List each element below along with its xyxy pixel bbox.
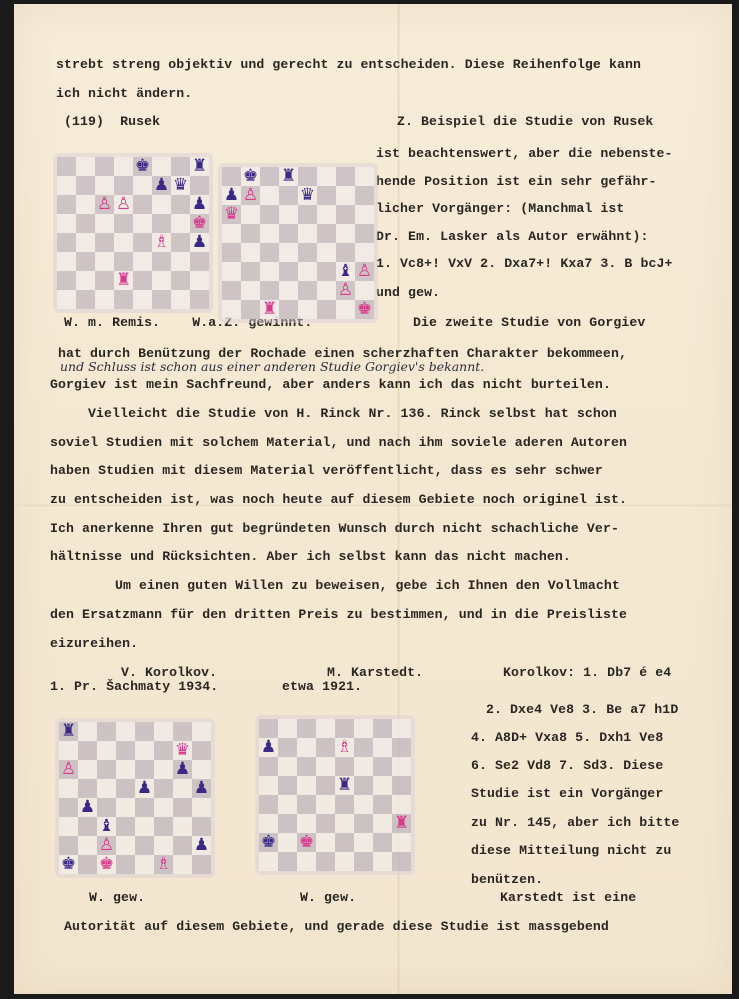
board-square: [190, 252, 209, 271]
board-square: ♙: [336, 281, 355, 300]
text-line: (119) Rusek: [64, 114, 160, 129]
board-square: [171, 157, 190, 176]
text-line: Autorität auf diesem Gebiete, und gerade…: [64, 919, 609, 934]
board-square: [171, 252, 190, 271]
text-line: M. Karstedt.: [327, 665, 423, 680]
board-square: [260, 167, 279, 186]
board-square: [298, 281, 317, 300]
board-square: [260, 224, 279, 243]
board-square: [373, 738, 392, 757]
text-line: soviel Studien mit solchem Material, und…: [50, 435, 627, 450]
board-square: [335, 719, 354, 738]
board-square: [76, 157, 95, 176]
board-square: [316, 795, 335, 814]
board-square: [97, 798, 116, 817]
board-square: [373, 795, 392, 814]
board-square: [76, 271, 95, 290]
board-square: [154, 741, 173, 760]
board-square: [297, 738, 316, 757]
board-square: [78, 855, 97, 874]
board-square: [57, 195, 76, 214]
board-square: [222, 281, 241, 300]
board-square: ♟: [259, 738, 278, 757]
board-square: [76, 195, 95, 214]
text-line: eizureihen.: [50, 636, 138, 651]
text-line: hende Position ist ein sehr gefähr-: [376, 174, 656, 189]
board-square: [135, 760, 154, 779]
black-piece-icon: ♝: [97, 817, 116, 836]
board-square: [298, 300, 317, 319]
board-square: [316, 833, 335, 852]
handwritten-line: und Schluss ist schon aus einer anderen …: [60, 359, 484, 374]
text-line: benützen.: [471, 872, 543, 887]
board-square: ♜: [59, 722, 78, 741]
black-piece-icon: ♟: [190, 233, 209, 252]
board-square: [335, 833, 354, 852]
rusek-diagram-1: ♚♜♟♛♙♙♟♚♗♟♜: [53, 153, 213, 313]
board-square: [173, 722, 192, 741]
text-line: hältnisse und Rücksichten. Aber ich selb…: [50, 549, 571, 564]
board-square: [260, 262, 279, 281]
board-square: ♚: [133, 157, 152, 176]
board-square: [260, 243, 279, 262]
board-square: [392, 738, 411, 757]
board-square: [278, 814, 297, 833]
board-square: [297, 795, 316, 814]
board-square: [192, 817, 211, 836]
board-square: [76, 290, 95, 309]
board-square: [114, 214, 133, 233]
text-line: ich nicht ändern.: [56, 86, 192, 101]
board-square: [316, 738, 335, 757]
board-square: [59, 817, 78, 836]
text-line: zu entscheiden ist, was noch heute auf d…: [50, 492, 627, 507]
text-line: strebt streng objektiv und gerecht zu en…: [56, 57, 641, 72]
board-square: [392, 795, 411, 814]
board-square: [78, 741, 97, 760]
board-square: [154, 798, 173, 817]
text-line: licher Vorgänger: (Manchmal ist: [376, 201, 624, 216]
white-piece-icon: ♛: [222, 205, 241, 224]
board-square: [116, 722, 135, 741]
board-square: [279, 224, 298, 243]
board-square: [392, 776, 411, 795]
board-square: [135, 836, 154, 855]
text-line: Z. Beispiel die Studie von Rusek: [397, 114, 653, 129]
black-piece-icon: ♟: [78, 798, 97, 817]
board-square: [76, 214, 95, 233]
board-square: ♚: [259, 833, 278, 852]
board-square: [260, 186, 279, 205]
board-square: [317, 300, 336, 319]
board-square: [317, 243, 336, 262]
board-square: [95, 157, 114, 176]
board-square: [279, 186, 298, 205]
board-square: [317, 205, 336, 224]
board-square: [392, 757, 411, 776]
white-piece-icon: ♙: [114, 195, 133, 214]
board-square: [135, 798, 154, 817]
board-square: [373, 776, 392, 795]
board-square: [241, 243, 260, 262]
board-square: [190, 290, 209, 309]
text-line: haben Studien mit diesem Material veröff…: [50, 463, 603, 478]
board-square: [173, 779, 192, 798]
board-square: [278, 738, 297, 757]
board-square: [241, 205, 260, 224]
board-square: ♟: [190, 195, 209, 214]
board-square: [95, 271, 114, 290]
board-square: [97, 722, 116, 741]
board-square: [152, 195, 171, 214]
board-square: [222, 300, 241, 319]
white-piece-icon: ♚: [190, 214, 209, 233]
board-square: [57, 214, 76, 233]
board-square: [392, 719, 411, 738]
board-square: [336, 205, 355, 224]
black-piece-icon: ♟: [192, 836, 211, 855]
board-square: [278, 719, 297, 738]
board-square: [116, 779, 135, 798]
board-square: [173, 836, 192, 855]
board-square: ♜: [335, 776, 354, 795]
text-line: Gorgiev ist mein Sachfreund, aber anders…: [50, 377, 611, 392]
board-square: [78, 817, 97, 836]
board-square: [116, 741, 135, 760]
rusek-diagram-2: ♚♜♟♙♛♛♝♙♙♜♚: [218, 163, 378, 323]
board-square: [57, 290, 76, 309]
board-square: [298, 205, 317, 224]
board-square: [316, 757, 335, 776]
board-square: [336, 167, 355, 186]
white-piece-icon: ♙: [241, 186, 260, 205]
board-square: [152, 214, 171, 233]
board-square: [335, 757, 354, 776]
board-square: [259, 814, 278, 833]
board-square: ♚: [59, 855, 78, 874]
board-square: [298, 167, 317, 186]
board-square: [152, 157, 171, 176]
board-square: [354, 814, 373, 833]
board-square: [354, 795, 373, 814]
board-square: [95, 214, 114, 233]
board-square: [222, 167, 241, 186]
text-line: und gew.: [376, 285, 440, 300]
board-square: [173, 817, 192, 836]
text-line: V. Korolkov.: [121, 665, 217, 680]
white-piece-icon: ♜: [114, 271, 133, 290]
board-square: [59, 798, 78, 817]
board-square: [135, 817, 154, 836]
board-square: [316, 719, 335, 738]
board-square: [317, 186, 336, 205]
board-square: [135, 855, 154, 874]
board-square: [259, 795, 278, 814]
board-square: [260, 281, 279, 300]
board-square: [259, 757, 278, 776]
text-line: Studie ist ein Vorgänger: [471, 786, 663, 801]
white-piece-icon: ♚: [97, 855, 116, 874]
black-piece-icon: ♛: [171, 176, 190, 195]
black-piece-icon: ♚: [259, 833, 278, 852]
text-line: 1. Pr. Šachmaty 1934.: [50, 679, 218, 694]
board-square: [355, 186, 374, 205]
board-square: [114, 290, 133, 309]
board-square: [298, 243, 317, 262]
board-square: [171, 233, 190, 252]
white-piece-icon: ♗: [335, 738, 354, 757]
board-square: [133, 233, 152, 252]
board-square: [259, 719, 278, 738]
board-square: ♚: [97, 855, 116, 874]
board-square: [78, 722, 97, 741]
text-line: etwa 1921.: [282, 679, 362, 694]
board-square: [222, 224, 241, 243]
black-piece-icon: ♜: [335, 776, 354, 795]
board-square: [114, 252, 133, 271]
black-piece-icon: ♟: [222, 186, 241, 205]
board-square: [171, 195, 190, 214]
board-square: [152, 252, 171, 271]
board-square: [298, 224, 317, 243]
board-square: [335, 814, 354, 833]
text-line: diese Mitteilung nicht zu: [471, 843, 671, 858]
board-square: ♟: [173, 760, 192, 779]
board-square: [116, 760, 135, 779]
board-square: [316, 814, 335, 833]
board-square: ♗: [335, 738, 354, 757]
board-square: ♜: [190, 157, 209, 176]
board-square: [279, 243, 298, 262]
white-piece-icon: ♚: [355, 300, 374, 319]
board-square: [192, 722, 211, 741]
board-square: ♙: [241, 186, 260, 205]
board-square: [241, 300, 260, 319]
text-line: Karstedt ist eine: [500, 890, 636, 905]
white-piece-icon: ♙: [355, 262, 374, 281]
board-square: ♙: [95, 195, 114, 214]
board-square: [317, 262, 336, 281]
board-square: [59, 779, 78, 798]
white-piece-icon: ♜: [392, 814, 411, 833]
board-square: [173, 798, 192, 817]
board-square: [57, 271, 76, 290]
board-square: [154, 760, 173, 779]
board-square: [373, 719, 392, 738]
board-square: [76, 176, 95, 195]
board-square: [335, 795, 354, 814]
board-square: [152, 271, 171, 290]
board-square: ♙: [97, 836, 116, 855]
board-square: [133, 214, 152, 233]
black-piece-icon: ♚: [133, 157, 152, 176]
board-square: [133, 195, 152, 214]
board-square: [279, 205, 298, 224]
black-piece-icon: ♟: [173, 760, 192, 779]
black-piece-icon: ♚: [59, 855, 78, 874]
board-square: [297, 757, 316, 776]
board-square: [192, 798, 211, 817]
board-square: [354, 757, 373, 776]
board-square: [279, 300, 298, 319]
board-square: ♚: [297, 833, 316, 852]
board-square: [259, 852, 278, 871]
board-square: [260, 205, 279, 224]
board-square: [336, 224, 355, 243]
board-square: [95, 233, 114, 252]
black-piece-icon: ♟: [192, 779, 211, 798]
board-square: [336, 300, 355, 319]
board-square: [57, 176, 76, 195]
board-square: [57, 233, 76, 252]
text-line: 2. Dxe4 Ve8 3. Be a7 h1D: [486, 702, 678, 717]
board-square: [336, 243, 355, 262]
board-square: ♟: [192, 836, 211, 855]
korolkov-diagram: ♜♛♙♟♟♟♟♝♙♟♚♚♗: [55, 718, 215, 878]
black-piece-icon: ♝: [336, 262, 355, 281]
board-square: [335, 852, 354, 871]
board-square: [192, 741, 211, 760]
board-square: [373, 757, 392, 776]
board-square: [135, 722, 154, 741]
board-square: [297, 776, 316, 795]
board-square: [279, 262, 298, 281]
black-piece-icon: ♟: [259, 738, 278, 757]
board-square: [354, 738, 373, 757]
black-piece-icon: ♟: [135, 779, 154, 798]
board-square: [171, 271, 190, 290]
board-square: [278, 757, 297, 776]
white-piece-icon: ♜: [260, 300, 279, 319]
text-line: zu Nr. 145, aber ich bitte: [471, 815, 679, 830]
white-piece-icon: ♚: [297, 833, 316, 852]
board-square: [76, 252, 95, 271]
board-square: [354, 719, 373, 738]
board-square: [78, 836, 97, 855]
board-square: [336, 186, 355, 205]
board-square: [297, 719, 316, 738]
board-square: [116, 836, 135, 855]
board-square: [317, 224, 336, 243]
board-square: [114, 233, 133, 252]
board-square: [355, 205, 374, 224]
white-piece-icon: ♙: [59, 760, 78, 779]
board-square: ♟: [222, 186, 241, 205]
board-square: [57, 252, 76, 271]
text-line: W. gew.: [300, 890, 356, 905]
board-square: [373, 833, 392, 852]
board-square: ♟: [135, 779, 154, 798]
board-square: [317, 281, 336, 300]
white-piece-icon: ♗: [152, 233, 171, 252]
board-square: [278, 776, 297, 795]
board-square: [297, 852, 316, 871]
board-square: [133, 290, 152, 309]
board-square: [97, 779, 116, 798]
board-square: [133, 176, 152, 195]
letter-page: strebt streng objektiv und gerecht zu en…: [14, 4, 732, 994]
black-piece-icon: ♟: [152, 176, 171, 195]
board-square: [373, 814, 392, 833]
board-square: [354, 776, 373, 795]
board-square: ♙: [59, 760, 78, 779]
board-square: ♜: [279, 167, 298, 186]
white-piece-icon: ♗: [154, 855, 173, 874]
text-line: Dr. Em. Lasker als Autor erwähnt):: [376, 229, 648, 244]
board-square: [154, 722, 173, 741]
white-piece-icon: ♛: [173, 741, 192, 760]
board-square: [190, 176, 209, 195]
board-square: ♟: [152, 176, 171, 195]
board-square: ♟: [190, 233, 209, 252]
board-square: [116, 798, 135, 817]
board-square: [355, 281, 374, 300]
board-square: [133, 271, 152, 290]
board-square: [154, 836, 173, 855]
board-square: [114, 157, 133, 176]
board-square: ♜: [392, 814, 411, 833]
text-line: Vielleicht die Studie von H. Rinck Nr. 1…: [88, 406, 617, 421]
board-square: [76, 233, 95, 252]
board-square: [317, 167, 336, 186]
board-square: [133, 252, 152, 271]
black-piece-icon: ♜: [190, 157, 209, 176]
board-square: [316, 852, 335, 871]
board-square: [59, 741, 78, 760]
white-piece-icon: ♙: [95, 195, 114, 214]
board-square: [355, 243, 374, 262]
board-square: [192, 855, 211, 874]
white-piece-icon: ♙: [97, 836, 116, 855]
board-square: [241, 224, 260, 243]
board-square: [241, 281, 260, 300]
board-square: [95, 290, 114, 309]
board-square: ♟: [78, 798, 97, 817]
board-square: [78, 760, 97, 779]
board-square: [316, 776, 335, 795]
board-square: ♚: [241, 167, 260, 186]
board-square: [354, 852, 373, 871]
black-piece-icon: ♛: [298, 186, 317, 205]
board-square: [278, 833, 297, 852]
board-square: ♝: [97, 817, 116, 836]
black-piece-icon: ♜: [279, 167, 298, 186]
board-square: [57, 157, 76, 176]
board-square: [154, 779, 173, 798]
board-square: ♝: [336, 262, 355, 281]
board-square: ♛: [171, 176, 190, 195]
text-line: Ich anerkenne Ihren gut begründeten Wuns…: [50, 521, 619, 536]
board-square: [95, 176, 114, 195]
board-square: [355, 224, 374, 243]
board-square: [222, 243, 241, 262]
board-square: [373, 852, 392, 871]
board-square: [78, 779, 97, 798]
board-square: [97, 741, 116, 760]
board-square: [279, 281, 298, 300]
board-square: ♟: [192, 779, 211, 798]
board-square: [278, 852, 297, 871]
board-square: [154, 817, 173, 836]
board-square: [278, 795, 297, 814]
board-square: [392, 833, 411, 852]
board-square: [355, 167, 374, 186]
text-line: ist beachtenswert, aber die nebenste-: [376, 146, 673, 161]
text-line: Die zweite Studie von Gorgiev: [413, 315, 645, 330]
board-square: [222, 262, 241, 281]
board-square: ♙: [114, 195, 133, 214]
board-square: ♜: [260, 300, 279, 319]
